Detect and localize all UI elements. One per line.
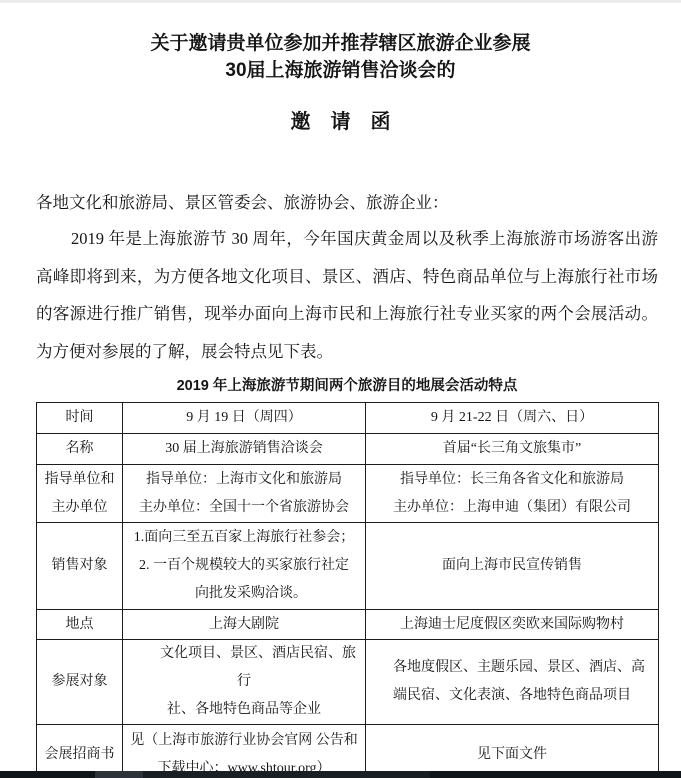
talks-fair-cell: 指导单位：上海市文化和旅游局 主办单位：全国十一个省旅游协会: [123, 465, 366, 523]
market-fair-cell: 上海迪士尼度假区奕欧来国际购物村: [366, 610, 659, 640]
talks-fair-cell: 1.面向三至五百家上海旅行社参会； 2. 一百个规模较大的买家旅行社定 向批发采…: [123, 523, 366, 610]
table-row-exhibitor-target: 参展对象 文化项目、景区、酒店民宿、旅行 社、各地特色商品等企业 各地度假区、主…: [37, 640, 659, 725]
doc-title-line-1: 关于邀请贵单位参加并推荐辖区旅游企业参展: [0, 30, 681, 57]
talks-fair-cell: 上海大剧院: [123, 610, 366, 640]
market-fair-cell: 首届“长三角文旅集市”: [366, 434, 659, 465]
bottom-bar-segment-light: [95, 771, 143, 778]
page-top-edge-strip: [0, 0, 681, 3]
talks-fair-cell: 9 月 19 日（周四）: [123, 403, 366, 434]
row-header-cell: 参展对象: [37, 640, 123, 725]
market-fair-cell: 9 月 21-22 日（周六、日）: [366, 403, 659, 434]
table-row-time: 时间 9 月 19 日（周四） 9 月 21-22 日（周六、日）: [37, 403, 659, 434]
salutation-line: 各地文化和旅游局、景区管委会、旅游协会、旅游企业：: [36, 192, 658, 214]
market-fair-cell: 见下面文件: [366, 725, 659, 778]
table-caption: 2019 年上海旅游节期间两个旅游目的地展会活动特点: [36, 376, 658, 396]
table-row-sales-target: 销售对象 1.面向三至五百家上海旅行社参会； 2. 一百个规模较大的买家旅行社定…: [37, 523, 659, 610]
row-header-cell: 会展招商书: [37, 725, 123, 778]
doc-body: 各地文化和旅游局、景区管委会、旅游协会、旅游企业： 2019 年是上海旅游节 3…: [0, 192, 681, 778]
body-paragraph: 2019 年是上海旅游节 30 周年，今年国庆黄金周以及秋季上海旅游市场游客出游…: [36, 220, 658, 370]
doc-title-block: 关于邀请贵单位参加并推荐辖区旅游企业参展 30届上海旅游销售洽谈会的 邀 请 函: [0, 0, 681, 136]
talks-fair-cell: 30 届上海旅游销售洽谈会: [123, 434, 366, 465]
row-header-cell: 时间: [37, 403, 123, 434]
table-row-venue: 地点 上海大剧院 上海迪士尼度假区奕欧来国际购物村: [37, 610, 659, 640]
market-fair-cell: 面向上海市民宣传销售: [366, 523, 659, 610]
doc-title-line-2: 30届上海旅游销售洽谈会的: [0, 57, 681, 84]
table-row-prospectus: 会展招商书 见（上海市旅游行业协会官网 公告和 下载中心：www.shtour.…: [37, 725, 659, 778]
table-row-organizers: 指导单位和 主办单位 指导单位：上海市文化和旅游局 主办单位：全国十一个省旅游协…: [37, 465, 659, 523]
talks-fair-cell: 文化项目、景区、酒店民宿、旅行 社、各地特色商品等企业: [123, 640, 366, 725]
row-header-cell: 指导单位和 主办单位: [37, 465, 123, 523]
table-row-name: 名称 30 届上海旅游销售洽谈会 首届“长三角文旅集市”: [37, 434, 659, 465]
row-header-cell: 销售对象: [37, 523, 123, 610]
row-header-cell: 名称: [37, 434, 123, 465]
market-fair-cell: 各地度假区、主题乐园、景区、酒店、高 端民宿、文化表演、各地特色商品项目: [366, 640, 659, 725]
document-page: 关于邀请贵单位参加并推荐辖区旅游企业参展 30届上海旅游销售洽谈会的 邀 请 函…: [0, 0, 681, 778]
row-header-cell: 地点: [37, 610, 123, 640]
market-fair-cell: 指导单位：长三角各省文化和旅游局 主办单位：上海申迪（集团）有限公司: [366, 465, 659, 523]
exhibition-comparison-table: 时间 9 月 19 日（周四） 9 月 21-22 日（周六、日） 名称 30 …: [36, 402, 659, 778]
bottom-bar-segment-mid: [143, 771, 430, 778]
doc-subtitle-invitation: 邀 请 函: [0, 108, 681, 136]
talks-fair-cell: 见（上海市旅游行业协会官网 公告和 下载中心：www.shtour.org）: [123, 725, 366, 778]
page-bottom-bar: [0, 771, 681, 778]
